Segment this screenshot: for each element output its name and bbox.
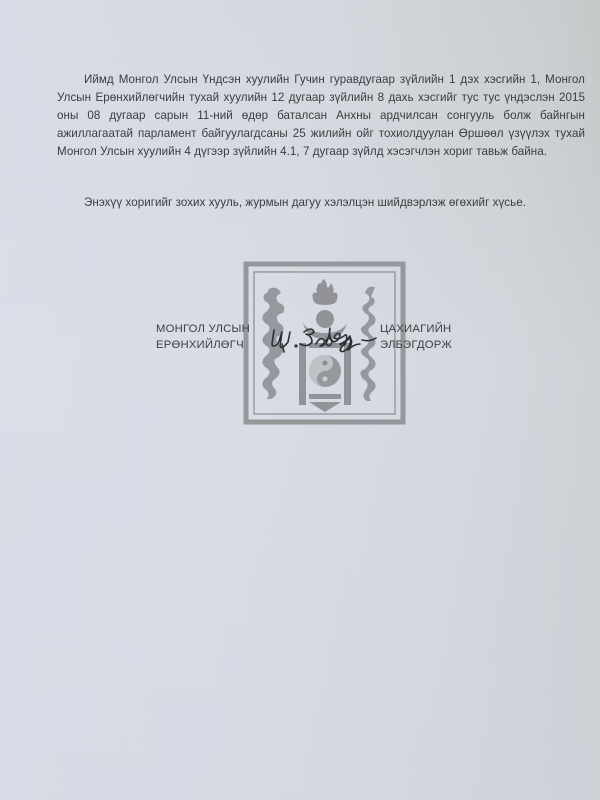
signatory-title-line-2: ЕРӨНХИЙЛӨГЧ <box>156 337 250 353</box>
body-paragraph-2: Энэхүү хоригийг зохих хууль, журмын дагу… <box>57 194 585 212</box>
handwritten-signature-icon <box>268 318 398 358</box>
signatory-name-line-2: ЭЛБЭГДОРЖ <box>380 337 452 353</box>
paragraph-1-text: Иймд Монгол Улсын Үндсэн хуулийн Гучин г… <box>57 73 585 158</box>
signatory-title-line-1: МОНГОЛ УЛСЫН <box>156 321 250 337</box>
body-paragraph-1: Иймд Монгол Улсын Үндсэн хуулийн Гучин г… <box>57 71 585 161</box>
signatory-title: МОНГОЛ УЛСЫН ЕРӨНХИЙЛӨГЧ <box>156 321 250 353</box>
signatory-name-line-1: ЦАХИАГИЙН <box>380 321 452 337</box>
paragraph-2-text: Энэхүү хоригийг зохих хууль, журмын дагу… <box>84 196 526 209</box>
signatory-name: ЦАХИАГИЙН ЭЛБЭГДОРЖ <box>380 321 452 353</box>
